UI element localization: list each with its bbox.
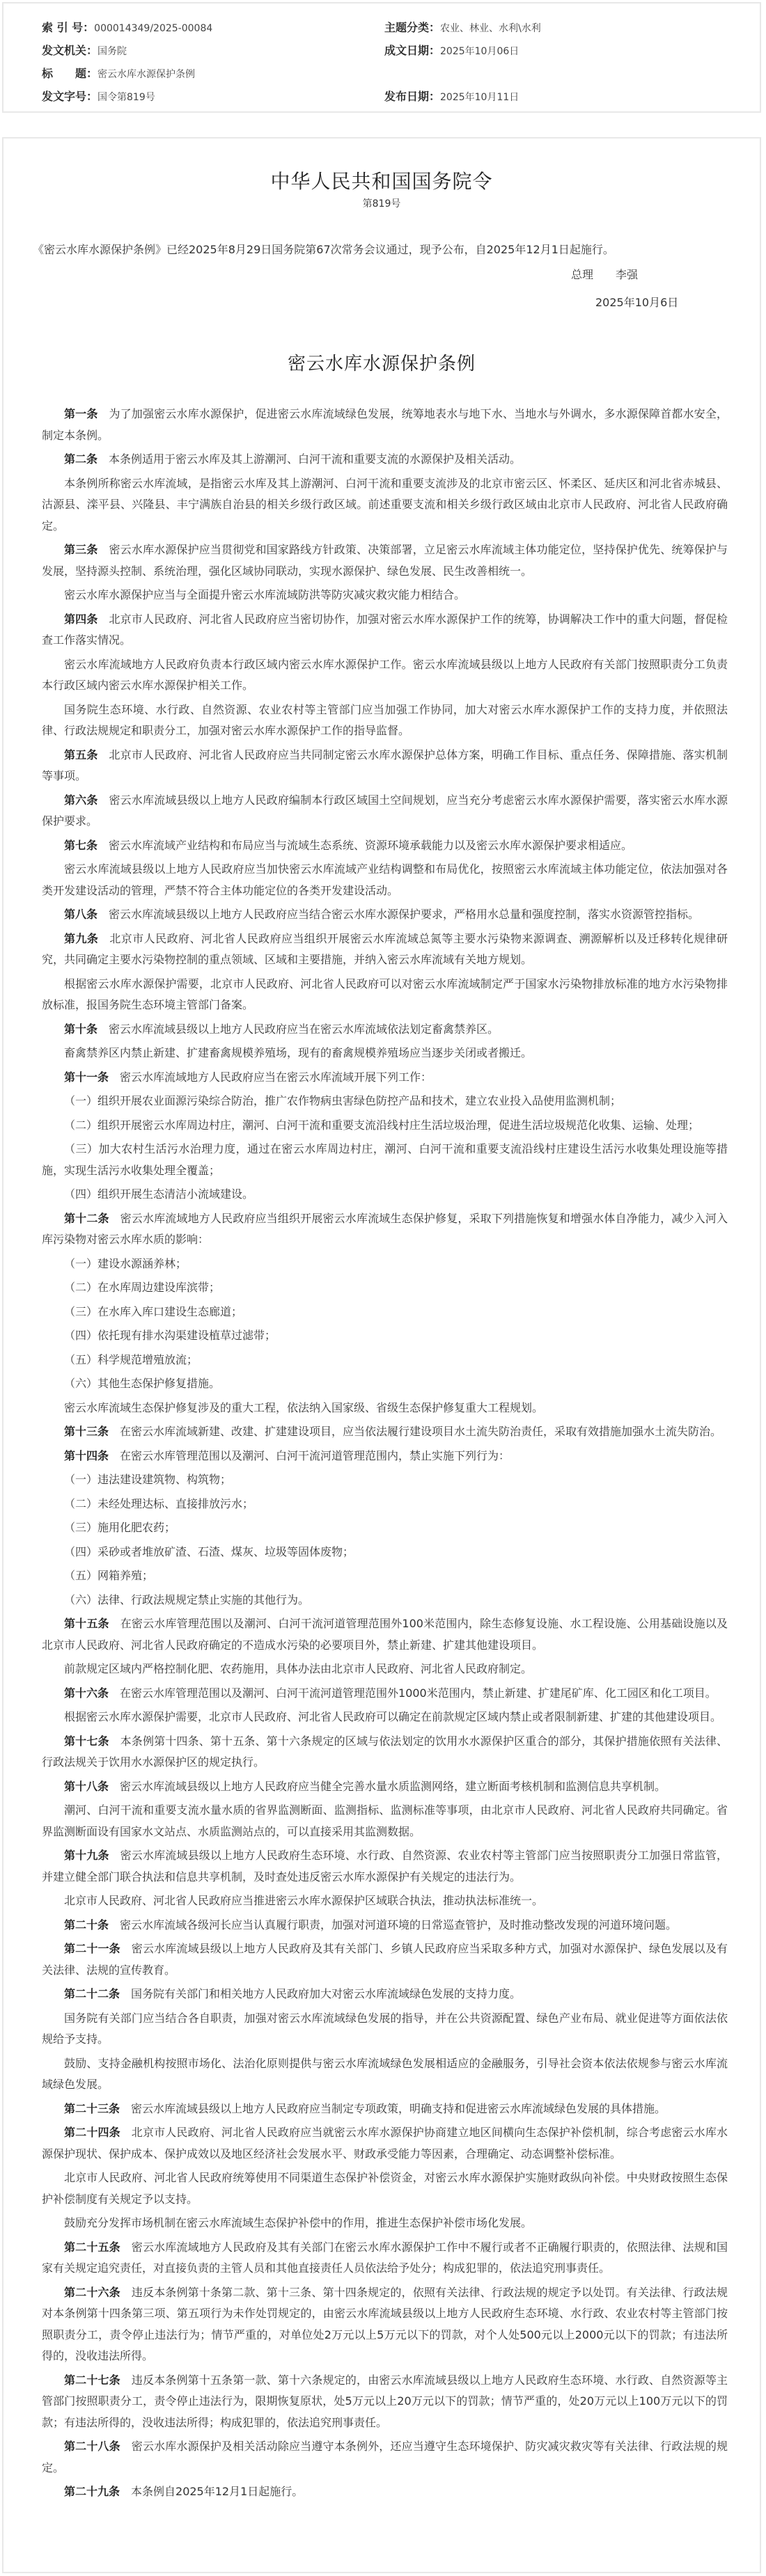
article-text: （一）组织开展农业面源污染综合防治，推广农作物病虫害绿色防控产品和技术，建立农业…	[64, 1094, 621, 1107]
document-body: 中华人民共和国国务院令 第819号 《密云水库水源保护条例》已经2025年8月2…	[2, 137, 761, 2573]
article-clause: 前款规定区域内严格控制化肥、农药施用，具体办法由北京市人民政府、河北省人民政府制…	[42, 1659, 728, 1680]
article-text: （四）依托现有排水沟渠建设植草过滤带；	[64, 1329, 276, 1342]
article-number: 第二十二条	[64, 1987, 120, 2000]
article-paragraph: 第二十七条违反本条例第十五条第一款、第十六条规定的，由密云水库流域县级以上地方人…	[42, 2370, 728, 2434]
article-clause: 根据密云水库水源保护需要，北京市人民政府、河北省人民政府可以对密云水库流域制定严…	[42, 974, 728, 1016]
article-text: 密云水库流域县级以上地方人民政府编制本行政区域国土空间规划，应当充分考虑密云水库…	[42, 793, 728, 828]
written-date-label: 成文日期：	[384, 44, 440, 58]
article-text: 国务院有关部门和相关地方人民政府加大对密云水库流域绿色发展的支持力度。	[131, 1987, 521, 2000]
article-text: 在密云水库流域新建、改建、扩建建设项目，应当依法履行建设项目水土流失防治责任，采…	[120, 1425, 721, 1438]
article-clause: （二）在水库周边建设库滨带；	[42, 1277, 728, 1299]
article-number: 第三条	[64, 543, 97, 556]
article-clause: （四）组织开展生态清洁小流域建设。	[42, 1184, 728, 1206]
article-text: （六）其他生态保护修复措施。	[64, 1377, 220, 1390]
article-text: （二）在水库周边建设库滨带；	[64, 1281, 220, 1294]
article-clause: （三）在水库入库口建设生态廊道；	[42, 1302, 728, 1323]
article-text: 鼓励、支持金融机构按照市场化、法治化原则提供与密云水库流域绿色发展相适应的金融服…	[42, 2057, 728, 2092]
issuing-authority-label: 发文机关：	[42, 44, 97, 58]
article-number: 第十一条	[64, 1070, 109, 1084]
article-text: （三）加大农村生活污水治理力度，通过在密云水库周边村庄，潮河、白河干流和重要支流…	[42, 1142, 728, 1177]
title-value: 密云水库水源保护条例	[97, 68, 195, 81]
article-paragraph: 第十条密云水库流域县级以上地方人民政府应当在密云水库流域依法划定畜禽禁养区。	[42, 1019, 728, 1041]
premier-signature: 总理 李强	[571, 267, 638, 283]
article-text: 北京市人民政府、河北省人民政府应当组织开展密云水库流域总氮等主要水污染物来源调查…	[42, 932, 728, 967]
article-clause: 密云水库流域地方人民政府负责本行政区域内密云水库水源保护工作。密云水库流域县级以…	[42, 654, 728, 697]
article-paragraph: 第十六条在密云水库管理范围以及潮河、白河干流河道管理范围外1000米范围内，禁止…	[42, 1683, 728, 1705]
article-text: 前款规定区域内严格控制化肥、农药施用，具体办法由北京市人民政府、河北省人民政府制…	[64, 1662, 532, 1675]
article-clause: （六）法律、行政法规规定禁止实施的其他行为。	[42, 1590, 728, 1611]
regulation-articles: 第一条为了加强密云水库水源保护，促进密云水库流域绿色发展，统筹地表水与地下水、当…	[42, 404, 728, 2506]
article-paragraph: 第四条北京市人民政府、河北省人民政府应当密切协作，加强对密云水库水源保护工作的统…	[42, 609, 728, 651]
article-text: 根据密云水库水源保护需要，北京市人民政府、河北省人民政府可以确定在前款规定区域内…	[64, 1710, 721, 1723]
article-clause: （一）建设水源涵养林；	[42, 1254, 728, 1275]
article-clause: （一）组织开展农业面源污染综合防治，推广农作物病虫害绿色防控产品和技术，建立农业…	[42, 1091, 728, 1112]
article-text: （四）采砂或者堆放矿渣、石渣、煤灰、垃圾等固体废物；	[64, 1545, 354, 1558]
article-paragraph: 第十八条密云水库流域县级以上地方人民政府应当健全完善水量水质监测网络，建立断面考…	[42, 1776, 728, 1798]
article-text: 密云水库流域生态保护修复涉及的重大工程，依法纳入国家级、省级生态保护修复重大工程…	[64, 1401, 543, 1414]
article-paragraph: 第七条密云水库流域产业结构和布局应当与流域生态系统、资源环境承载能力以及密云水库…	[42, 835, 728, 857]
article-clause: 国务院生态环境、水行政、自然资源、农业农村等主管部门应当加强工作协同，加大对密云…	[42, 700, 728, 742]
article-paragraph: 第三条密云水库水源保护应当贯彻党和国家路线方针政策、决策部署，立足密云水库流域主…	[42, 539, 728, 582]
article-paragraph: 第二十二条国务院有关部门和相关地方人民政府加大对密云水库流域绿色发展的支持力度。	[42, 1984, 728, 2005]
article-text: （三）施用化肥农药；	[64, 1521, 175, 1534]
article-clause: （一）违法建设建筑物、构筑物；	[42, 1469, 728, 1491]
article-paragraph: 第十四条在密云水库管理范围以及潮河、白河干流河道管理范围内，禁止实施下列行为：	[42, 1446, 728, 1467]
article-text: 北京市人民政府、河北省人民政府应当就密云水库水源保护协商建立地区间横向生态保护补…	[42, 2126, 728, 2160]
article-number: 第六条	[64, 793, 97, 807]
article-clause: 密云水库流域生态保护修复涉及的重大工程，依法纳入国家级、省级生态保护修复重大工程…	[42, 1398, 728, 1419]
article-number: 第十五条	[64, 1617, 109, 1630]
article-clause: （二）未经处理达标、直接排放污水；	[42, 1494, 728, 1515]
index-number-row: 索 引 号：000014349/2025-00084	[42, 21, 212, 35]
article-number: 第九条	[64, 932, 98, 945]
article-text: 密云水库流域县级以上地方人民政府生态环境、水行政、自然资源、农业农村等主管部门应…	[42, 1849, 728, 1883]
article-number: 第一条	[64, 407, 97, 420]
order-heading: 中华人民共和国国务院令	[3, 169, 760, 194]
article-text: （三）在水库入库口建设生态廊道；	[64, 1305, 242, 1318]
article-paragraph: 第六条密云水库流域县级以上地方人民政府编制本行政区域国土空间规划，应当充分考虑密…	[42, 790, 728, 832]
article-text: （六）法律、行政法规规定禁止实施的其他行为。	[64, 1593, 309, 1606]
article-text: 北京市人民政府、河北省人民政府应当密切协作，加强对密云水库水源保护工作的统筹，协…	[42, 613, 728, 647]
article-text: （五）网箱养殖；	[64, 1569, 153, 1582]
article-text: 密云水库流域地方人民政府负责本行政区域内密云水库水源保护工作。密云水库流域县级以…	[42, 658, 728, 693]
article-text: 密云水库流域产业结构和布局应当与流域生态系统、资源环境承载能力以及密云水库水源保…	[109, 839, 632, 852]
article-number: 第十八条	[64, 1780, 109, 1793]
written-date-value: 2025年10月06日	[440, 45, 519, 58]
article-text: （二）未经处理达标、直接排放污水；	[64, 1497, 253, 1510]
article-number: 第二十七条	[64, 2373, 120, 2387]
article-paragraph: 第二十八条密云水库水源保护及相关活动除应当遵守本条例外，还应当遵守生态环境保护、…	[42, 2436, 728, 2479]
article-clause: （四）采砂或者堆放矿渣、石渣、煤灰、垃圾等固体废物；	[42, 1542, 728, 1563]
article-paragraph: 第二十四条北京市人民政府、河北省人民政府应当就密云水库水源保护协商建立地区间横向…	[42, 2122, 728, 2165]
article-number: 第二十五条	[64, 2241, 120, 2254]
article-number: 第十三条	[64, 1425, 109, 1438]
article-clause: 根据密云水库水源保护需要，北京市人民政府、河北省人民政府可以确定在前款规定区域内…	[42, 1707, 728, 1728]
article-paragraph: 第十五条在密云水库管理范围以及潮河、白河干流河道管理范围外100米范围内，除生态…	[42, 1613, 728, 1656]
article-number: 第二十四条	[64, 2126, 120, 2139]
article-text: （一）违法建设建筑物、构筑物；	[64, 1473, 231, 1486]
article-clause: （五）网箱养殖；	[42, 1565, 728, 1587]
article-number: 第十二条	[64, 1212, 109, 1225]
article-text: 国务院生态环境、水行政、自然资源、农业农村等主管部门应当加强工作协同，加大对密云…	[42, 703, 728, 738]
document-number-value: 国令第819号	[97, 90, 155, 104]
article-number: 第五条	[64, 748, 97, 761]
article-clause: （四）依托现有排水沟渠建设植草过滤带；	[42, 1325, 728, 1347]
article-text: 密云水库流域县级以上地方人民政府应当结合密云水库水源保护要求，严格用水总量和强度…	[109, 908, 699, 921]
article-clause: （二）组织开展密云水库周边村庄，潮河、白河干流和重要支流沿线村庄生活垃圾治理，促…	[42, 1115, 728, 1137]
article-text: 密云水库流域县级以上地方人民政府应当加快密云水库流域产业结构调整和布局优化，按照…	[42, 862, 728, 897]
promulgation-statement: 《密云水库水源保护条例》已经2025年8月29日国务院第67次常务会议通过，现予…	[33, 242, 614, 258]
article-number: 第二十九条	[64, 2485, 120, 2498]
document-metadata-panel: 索 引 号：000014349/2025-00084 主题分类：农业、林业、水利…	[2, 2, 761, 113]
article-text: （五）科学规范增殖放流；	[64, 1353, 198, 1366]
document-number-label: 发文字号：	[42, 90, 97, 104]
article-paragraph: 第九条北京市人民政府、河北省人民政府应当组织开展密云水库流域总氮等主要水污染物来…	[42, 929, 728, 971]
regulation-title: 密云水库水源保护条例	[3, 352, 760, 376]
publish-date-label: 发布日期：	[384, 90, 440, 104]
article-number: 第二十八条	[64, 2440, 120, 2453]
article-clause: 畜禽禁养区内禁止新建、扩建畜禽规模养殖场，现有的畜禽规模养殖场应当逐步关闭或者搬…	[42, 1043, 728, 1064]
article-number: 第十四条	[64, 1449, 109, 1462]
issuing-authority-row: 发文机关：国务院	[42, 44, 127, 58]
article-text: 密云水库流域地方人民政府及其有关部门在密云水库水源保护工作中不履行或者不正确履行…	[42, 2241, 728, 2275]
article-paragraph: 第五条北京市人民政府、河北省人民政府应当共同制定密云水库水源保护总体方案，明确工…	[42, 745, 728, 787]
article-paragraph: 第二条本条例适用于密云水库及其上游潮河、白河干流和重要支流的水源保护及相关活动。	[42, 449, 728, 471]
article-paragraph: 第二十三条密云水库流域县级以上地方人民政府应当制定专项政策，明确支持和促进密云水…	[42, 2099, 728, 2120]
article-paragraph: 第二十六条违反本条例第十条第二款、第十三条、第十四条规定的，依照有关法律、行政法…	[42, 2282, 728, 2367]
article-number: 第十六条	[64, 1686, 109, 1700]
article-paragraph: 第十七条本条例第十四条、第十五条、第十六条规定的区域与依法划定的饮用水水源保护区…	[42, 1731, 728, 1773]
article-text: 本条例适用于密云水库及其上游潮河、白河干流和重要支流的水源保护及相关活动。	[109, 452, 521, 466]
order-number: 第819号	[3, 197, 760, 211]
article-text: 在密云水库管理范围以及潮河、白河干流河道管理范围内，禁止实施下列行为：	[120, 1449, 510, 1462]
article-text: 畜禽禁养区内禁止新建、扩建畜禽规模养殖场，现有的畜禽规模养殖场应当逐步关闭或者搬…	[64, 1046, 532, 1059]
article-text: 违反本条例第十条第二款、第十三条、第十四条规定的，依照有关法律、行政法规的规定予…	[42, 2286, 728, 2363]
article-number: 第二条	[64, 452, 97, 466]
article-text: 本条例自2025年12月1日起施行。	[131, 2485, 303, 2498]
article-text: 密云水库流域各级河长应当认真履行职责，加强对河道环境的日常巡查管护，及时推动整改…	[120, 1918, 677, 1931]
article-text: 北京市人民政府、河北省人民政府统筹使用不同渠道生态保护补偿资金，对密云水库水源保…	[42, 2171, 728, 2206]
article-number: 第二十条	[64, 1918, 109, 1931]
article-text: （四）组织开展生态清洁小流域建设。	[64, 1187, 253, 1201]
publish-date-value: 2025年10月11日	[440, 90, 519, 104]
article-paragraph: 第二十一条密云水库流域县级以上地方人民政府及其有关部门、乡镇人民政府应当采取多种…	[42, 1938, 728, 1981]
topic-category-value: 农业、林业、水利\水利	[440, 22, 541, 35]
article-text: 密云水库水源保护应当贯彻党和国家路线方针政策、决策部署，立足密云水库流域主体功能…	[42, 543, 728, 578]
article-clause: 北京市人民政府、河北省人民政府应当推进密云水库水源保护区域联合执法，推动执法标准…	[42, 1890, 728, 1912]
article-text: 密云水库流域地方人民政府应当组织开展密云水库流域生态保护修复，采取下列措施恢复和…	[42, 1212, 728, 1247]
article-clause: 密云水库流域县级以上地方人民政府应当加快密云水库流域产业结构调整和布局优化，按照…	[42, 859, 728, 901]
article-clause: 北京市人民政府、河北省人民政府统筹使用不同渠道生态保护补偿资金，对密云水库水源保…	[42, 2167, 728, 2210]
article-paragraph: 第十三条在密云水库流域新建、改建、扩建建设项目，应当依法履行建设项目水土流失防治…	[42, 1421, 728, 1443]
article-text: 北京市人民政府、河北省人民政府应当推进密云水库水源保护区域联合执法，推动执法标准…	[64, 1894, 543, 1907]
article-number: 第二十六条	[64, 2286, 120, 2299]
article-clause: 鼓励、支持金融机构按照市场化、法治化原则提供与密云水库流域绿色发展相适应的金融服…	[42, 2053, 728, 2096]
topic-category-label: 主题分类：	[384, 21, 440, 35]
article-text: 在密云水库管理范围以及潮河、白河干流河道管理范围外1000米范围内，禁止新建、扩…	[120, 1686, 717, 1700]
article-text: 北京市人民政府、河北省人民政府应当共同制定密云水库水源保护总体方案，明确工作目标…	[42, 748, 728, 783]
article-paragraph: 第八条密云水库流域县级以上地方人民政府应当结合密云水库水源保护要求，严格用水总量…	[42, 904, 728, 926]
article-paragraph: 第十二条密云水库流域地方人民政府应当组织开展密云水库流域生态保护修复，采取下列措…	[42, 1208, 728, 1251]
article-number: 第七条	[64, 839, 97, 852]
article-paragraph: 第十九条密云水库流域县级以上地方人民政府生态环境、水行政、自然资源、农业农村等主…	[42, 1845, 728, 1888]
article-text: （二）组织开展密云水库周边村庄，潮河、白河干流和重要支流沿线村庄生活垃圾治理，促…	[64, 1119, 699, 1132]
article-text: 在密云水库管理范围以及潮河、白河干流河道管理范围外100米范围内，除生态修复设施…	[42, 1617, 728, 1652]
signature-date: 2025年10月6日	[595, 294, 678, 311]
article-text: 鼓励充分发挥市场机制在密云水库流域生态保护补偿中的作用，推进生态保护补偿市场化发…	[64, 2216, 532, 2229]
issuing-authority-value: 国务院	[97, 45, 127, 58]
article-text: 国务院有关部门应当结合各自职责，加强对密云水库流域绿色发展的指导，并在公共资源配…	[42, 2012, 728, 2046]
article-number: 第八条	[64, 908, 97, 921]
article-clause: （三）施用化肥农药；	[42, 1517, 728, 1539]
title-row: 标 题：密云水库水源保护条例	[42, 67, 195, 81]
article-text: 密云水库流域地方人民政府应当在密云水库流域开展下列工作：	[120, 1070, 432, 1084]
document-number-row: 发文字号：国令第819号	[42, 90, 155, 104]
written-date-row: 成文日期：2025年10月06日	[384, 44, 519, 58]
topic-category-row: 主题分类：农业、林业、水利\水利	[384, 21, 541, 35]
article-clause: （三）加大农村生活污水治理力度，通过在密云水库周边村庄，潮河、白河干流和重要支流…	[42, 1139, 728, 1181]
article-text: 违反本条例第十五条第一款、第十六条规定的，由密云水库流域县级以上地方人民政府生态…	[42, 2373, 728, 2429]
article-text: 密云水库流域县级以上地方人民政府应当在密云水库流域依法划定畜禽禁养区。	[109, 1022, 499, 1036]
article-text: 密云水库流域县级以上地方人民政府及其有关部门、乡镇人民政府应当采取多种方式，加强…	[42, 1942, 728, 1977]
article-paragraph: 第二十九条本条例自2025年12月1日起施行。	[42, 2481, 728, 2503]
article-paragraph: 第二十条密云水库流域各级河长应当认真履行职责，加强对河道环境的日常巡查管护，及时…	[42, 1915, 728, 1936]
article-text: 本条例第十四条、第十五条、第十六条规定的区域与依法划定的饮用水水源保护区重合的部…	[42, 1735, 728, 1769]
article-number: 第二十三条	[64, 2102, 120, 2115]
index-number-label: 索 引 号：	[42, 21, 94, 35]
article-clause: （六）其他生态保护修复措施。	[42, 1373, 728, 1395]
article-clause: 密云水库水源保护应当与全面提升密云水库流域防洪等防灾减灾救灾能力相结合。	[42, 585, 728, 606]
article-clause: 国务院有关部门应当结合各自职责，加强对密云水库流域绿色发展的指导，并在公共资源配…	[42, 2008, 728, 2050]
article-text: 密云水库水源保护应当与全面提升密云水库流域防洪等防灾减灾救灾能力相结合。	[64, 588, 465, 601]
article-number: 第十九条	[64, 1849, 109, 1862]
index-number-value: 000014349/2025-00084	[94, 22, 212, 35]
article-text: 为了加强密云水库水源保护，促进密云水库流域绿色发展，统筹地表水与地下水、当地水与…	[42, 407, 728, 442]
title-label: 标 题：	[42, 67, 97, 81]
article-clause: 鼓励充分发挥市场机制在密云水库流域生态保护补偿中的作用，推进生态保护补偿市场化发…	[42, 2213, 728, 2234]
article-text: 潮河、白河干流和重要支流水量水质的省界监测断面、监测指标、监测标准等事项，由北京…	[42, 1803, 728, 1838]
article-paragraph: 第十一条密云水库流域地方人民政府应当在密云水库流域开展下列工作：	[42, 1067, 728, 1089]
publish-date-row: 发布日期：2025年10月11日	[384, 90, 519, 104]
article-number: 第十条	[64, 1022, 97, 1036]
article-text: 本条例所称密云水库流域，是指密云水库及其上游潮河、白河干流和重要支流涉及的北京市…	[42, 477, 728, 532]
article-number: 第四条	[64, 613, 97, 626]
article-clause: （五）科学规范增殖放流；	[42, 1350, 728, 1371]
article-clause: 本条例所称密云水库流域，是指密云水库及其上游潮河、白河干流和重要支流涉及的北京市…	[42, 473, 728, 537]
article-paragraph: 第二十五条密云水库流域地方人民政府及其有关部门在密云水库水源保护工作中不履行或者…	[42, 2237, 728, 2279]
article-number: 第二十一条	[64, 1942, 120, 1955]
article-text: 密云水库流域县级以上地方人民政府应当制定专项政策，明确支持和促进密云水库流域绿色…	[131, 2102, 666, 2115]
article-clause: 潮河、白河干流和重要支流水量水质的省界监测断面、监测指标、监测标准等事项，由北京…	[42, 1800, 728, 1842]
article-number: 第十七条	[64, 1735, 109, 1748]
article-text: 密云水库水源保护及相关活动除应当遵守本条例外，还应当遵守生态环境保护、防灾减灾救…	[42, 2440, 728, 2474]
article-text: 密云水库流域县级以上地方人民政府应当健全完善水量水质监测网络，建立断面考核机制和…	[120, 1780, 666, 1793]
article-text: （一）建设水源涵养林；	[64, 1257, 187, 1270]
article-paragraph: 第一条为了加强密云水库水源保护，促进密云水库流域绿色发展，统筹地表水与地下水、当…	[42, 404, 728, 446]
article-text: 根据密云水库水源保护需要，北京市人民政府、河北省人民政府可以对密云水库流域制定严…	[42, 977, 728, 1012]
